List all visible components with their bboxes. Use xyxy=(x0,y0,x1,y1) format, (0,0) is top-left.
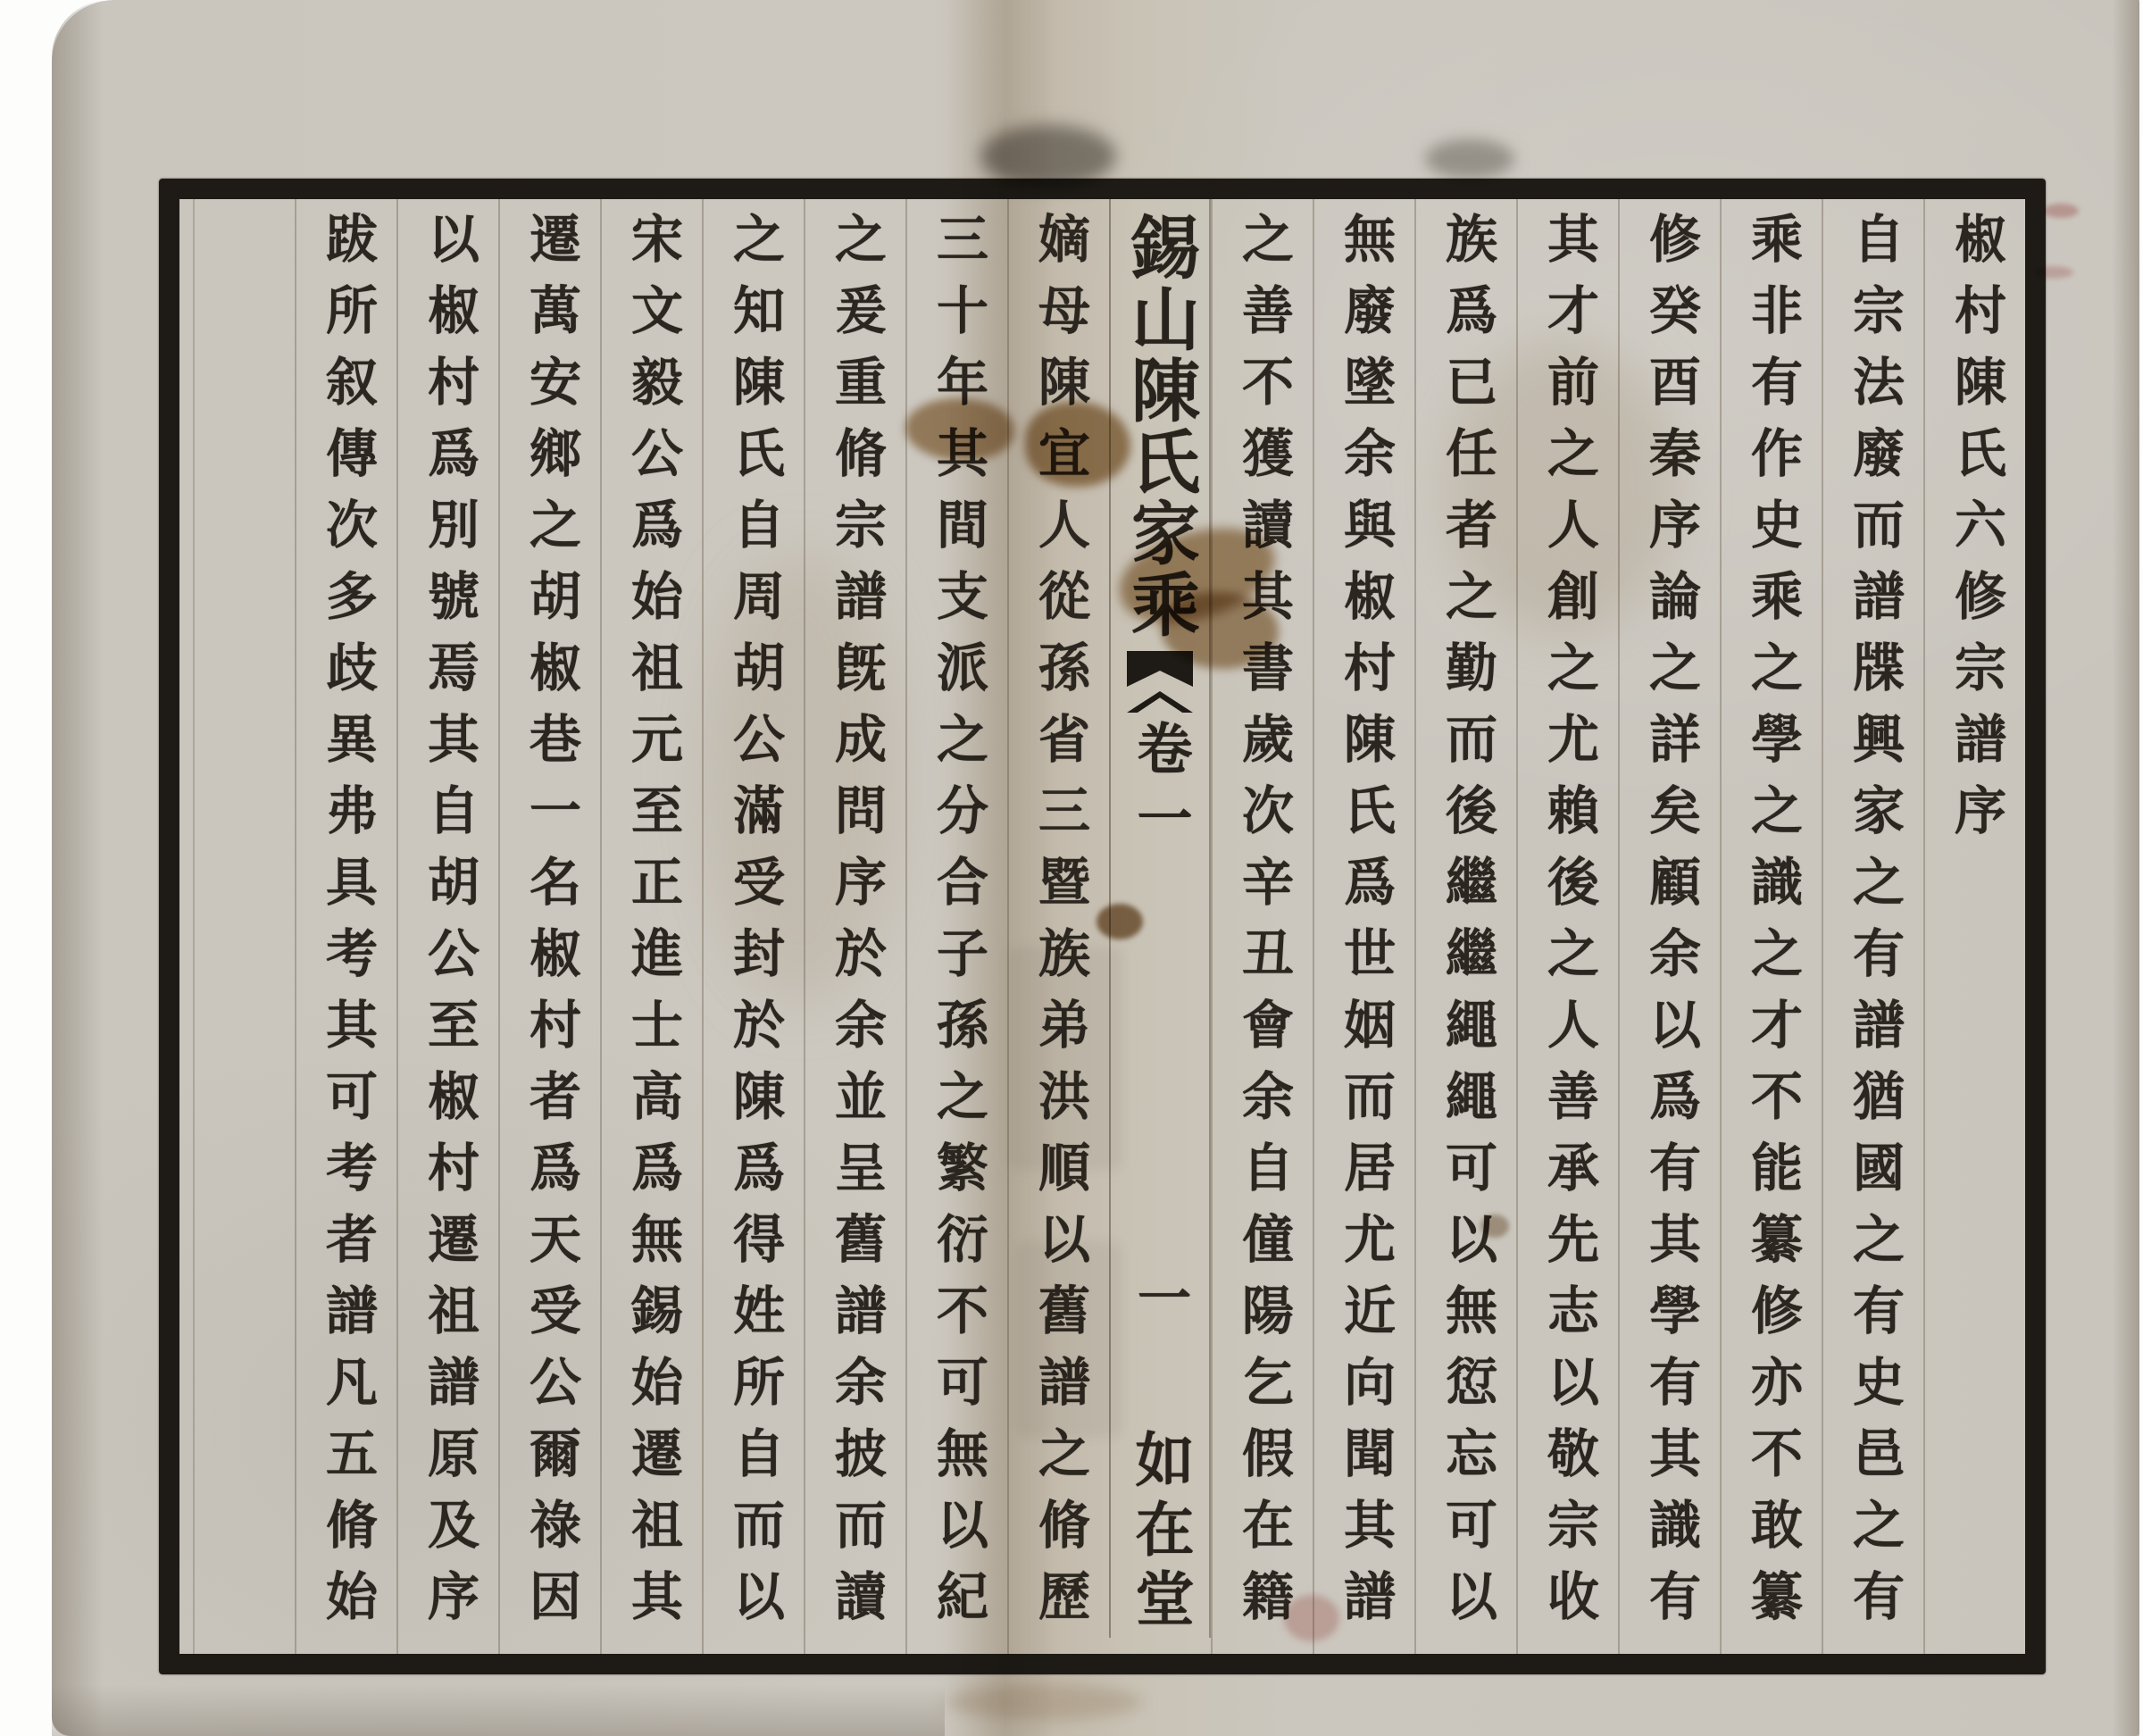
right-text-column-1: 自宗法廢而譜牒興家之有譜猶國之有史邑之有 xyxy=(1822,199,1923,1654)
hall-name: 如在堂 xyxy=(1115,1429,1205,1638)
right-text-column-2: 乘非有作史乘之學之識之才不能纂修亦不敢纂 xyxy=(1720,199,1822,1654)
page-number: 一 xyxy=(1115,1270,1205,1323)
blank-column xyxy=(193,199,295,1654)
left-text-column-5: 宋文毅公爲始祖元至正進士高爲無錫始遷祖其 xyxy=(600,199,702,1654)
fishtail-chevron xyxy=(1127,691,1193,713)
center-fold-shading xyxy=(946,0,1054,1736)
left-text-column-4: 之知陳氏自周胡公滿受封於陳爲得姓所自而以 xyxy=(702,199,804,1654)
paper-left-edge-shadow xyxy=(52,0,109,1736)
paper-bottom-edge-shadow xyxy=(52,1679,945,1736)
volume-title: 錫山陳氏家乘 xyxy=(1115,212,1205,640)
fishtail-ornament xyxy=(1127,651,1193,713)
banxin-column: 錫山陳氏家乘 卷一 一 如在堂 xyxy=(1109,199,1211,1638)
left-text-column-7: 以椒村爲別號焉其自胡公至椒村遷祖譜原及序 xyxy=(396,199,498,1654)
preface-title-column: 椒村陳氏六修宗譜序 xyxy=(1923,199,2025,1654)
right-text-column-7: 之善不獲讀其書歲次辛丑會余自僮陽乞假在籍 xyxy=(1211,199,1313,1654)
right-text-column-4: 其才前之人創之尤賴後之人善承先志以敬宗收 xyxy=(1516,199,1618,1654)
text-columns: 椒村陳氏六修宗譜序 自宗法廢而譜牒興家之有譜猶國之有史邑之有 乘非有作史乘之學之… xyxy=(179,199,2025,1654)
fishtail-bar xyxy=(1127,651,1193,687)
volume-number: 卷一 xyxy=(1115,720,1205,859)
book-page-scan: 椒村陳氏六修宗譜序 自宗法廢而譜牒興家之有譜猶國之有史邑之有 乘非有作史乘之學之… xyxy=(52,0,2139,1736)
right-text-column-3: 修癸酉秦序論之詳矣顧余以爲有其學有其識有 xyxy=(1618,199,1720,1654)
left-text-column-8: 跋所叙傳次多歧異弗具考其可考者譜凡五脩始 xyxy=(295,199,396,1654)
paper-right-edge-shadow xyxy=(2109,0,2139,1736)
left-text-column-3: 之爰重脩宗譜旣成問序於余並呈舊譜余披而讀 xyxy=(804,199,905,1654)
printed-page-frame: 椒村陳氏六修宗譜序 自宗法廢而譜牒興家之有譜猶國之有史邑之有 乘非有作史乘之學之… xyxy=(159,179,2046,1674)
left-text-column-6: 遷萬安鄉之胡椒巷一名椒村者爲天受公爾祿因 xyxy=(498,199,600,1654)
right-text-column-6: 無廢墜余與椒村陳氏爲世姻而居尤近向聞其譜 xyxy=(1313,199,1414,1654)
right-text-column-5: 族爲已任者之勤而後繼繼繩繩可以無愆忘可以 xyxy=(1414,199,1516,1654)
